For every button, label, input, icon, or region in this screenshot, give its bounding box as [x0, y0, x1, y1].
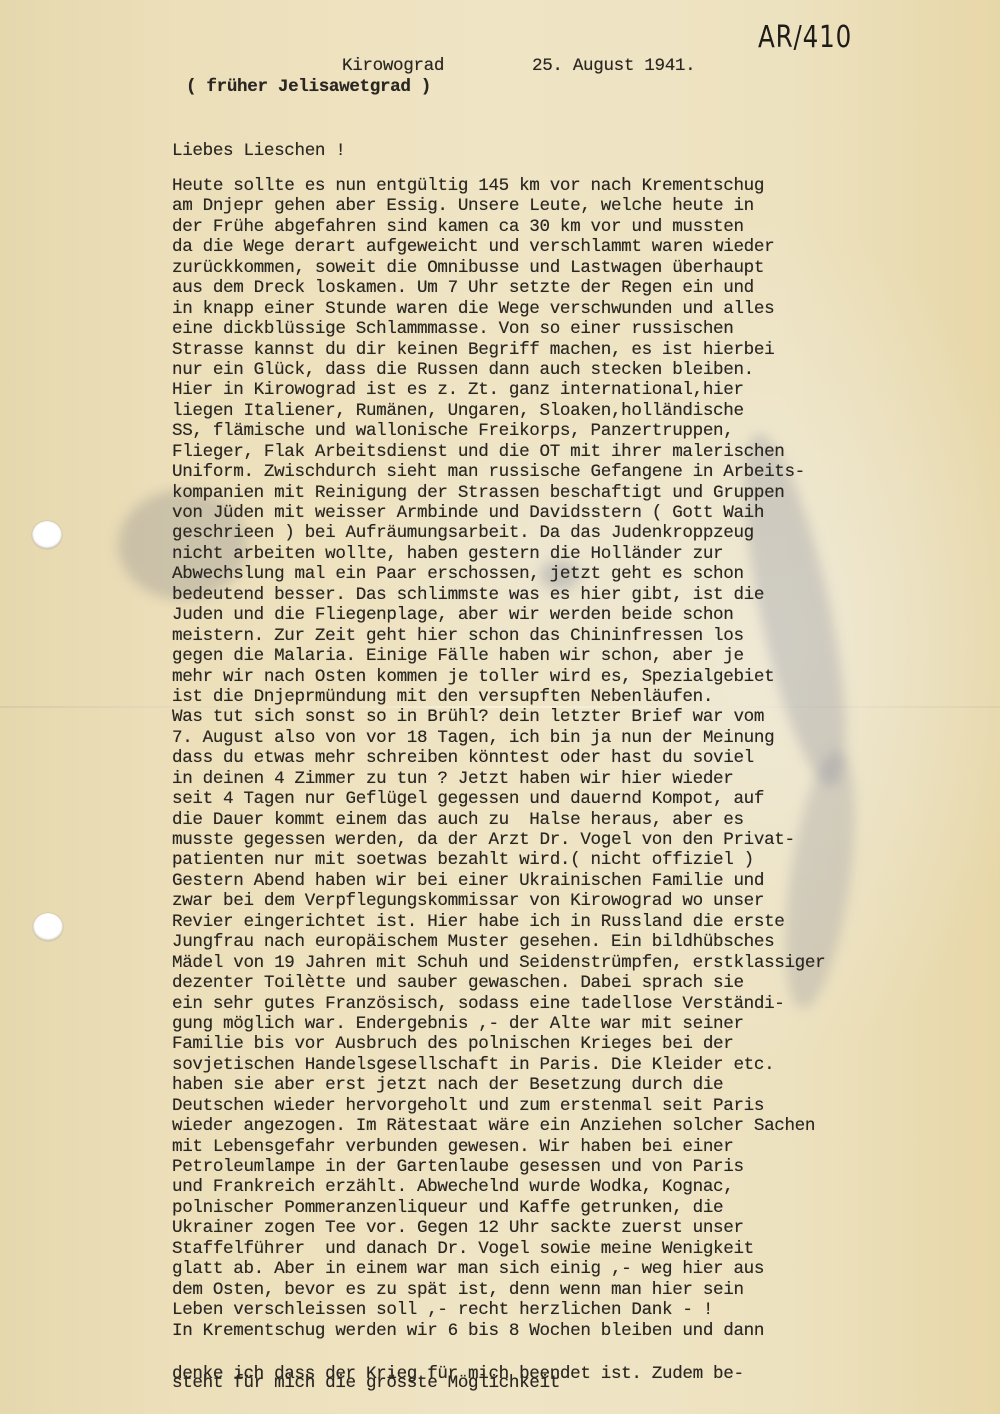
letter-body-line: Revier eingerichtet ist. Hier habe ich i… — [172, 912, 825, 932]
letter-body-line: da die Wege derart aufgeweicht und versc… — [172, 237, 825, 257]
letter-former-place-name: ( früher Jelisawetgrad ) — [186, 77, 431, 97]
letter-place: Kirowograd — [342, 56, 444, 76]
letter-body-line: zwar bei dem Verpflegungskommissar von K… — [172, 891, 825, 911]
letter-body-line: Hier in Kirowograd ist es z. Zt. ganz in… — [172, 380, 825, 400]
letter-body-line: in deinen 4 Zimmer zu tun ? Jetzt haben … — [172, 769, 825, 789]
letter-body-line: Mädel von 19 Jahren mit Schuh und Seiden… — [172, 953, 825, 973]
letter-body-line: Strasse kannst du dir keinen Begriff mac… — [172, 340, 825, 360]
letter-body-line: am Dnjepr gehen aber Essig. Unsere Leute… — [172, 196, 825, 216]
letter-body-line: dezenter Toilètte und sauber gewaschen. … — [172, 973, 825, 993]
letter-body-line: aus dem Dreck loskamen. Um 7 Uhr setzte … — [172, 278, 825, 298]
letter-body-line: und Frankreich erzählt. Abwechelnd wurde… — [172, 1177, 825, 1197]
letter-body-line: Ukrainer zogen Tee vor. Gegen 12 Uhr sac… — [172, 1218, 825, 1238]
letter-body-line: der Frühe abgefahren sind kamen ca 30 km… — [172, 217, 825, 237]
letter-body-line: sovjetischen Handelsgesellschaft in Pari… — [172, 1055, 825, 1075]
letter-body-line: ein sehr gutes Französisch, sodass eine … — [172, 994, 825, 1014]
letter-page: AR/410 Kirowograd 25. August 1941. ( frü… — [0, 0, 1000, 1414]
letter-body-line: in knapp einer Stunde waren die Wege ver… — [172, 299, 825, 319]
letter-body-line: zurückkommen, soweit die Omnibusse und L… — [172, 258, 825, 278]
archive-reference-mark: AR/410 — [758, 20, 852, 55]
letter-body-line: Was tut sich sonst so in Brühl? dein let… — [172, 707, 825, 727]
letter-body-line: Familie bis vor Ausbruch des polnischen … — [172, 1034, 825, 1054]
letter-body-line: Flieger, Flak Arbeitsdienst und die OT m… — [172, 442, 825, 462]
letter-body-line: polnischer Pommeranzenliqueur und Kaffe … — [172, 1198, 825, 1218]
letter-body-line: gung möglich war. Endergebnis ,- der Alt… — [172, 1014, 825, 1034]
letter-body-line: seit 4 Tagen nur Geflügel gegessen und d… — [172, 789, 825, 809]
letter-body-line: Petroleumlampe in der Gartenlaube gesess… — [172, 1157, 825, 1177]
letter-body-line: wieder angezogen. Im Rätestaat wäre ein … — [172, 1116, 825, 1136]
letter-body-line: Gestern Abend haben wir bei einer Ukrain… — [172, 871, 825, 891]
letter-date: 25. August 1941. — [532, 56, 695, 76]
letter-body-line: 7. August also von vor 18 Tagen, ich bin… — [172, 728, 825, 748]
letter-body-line: Deutschen wieder hervorgeholt und zum er… — [172, 1096, 825, 1116]
letter-body-line: dem Osten, bevor es zu spät ist, denn we… — [172, 1280, 825, 1300]
letter-body-line: mit Lebensgefahr verbunden gewesen. Wir … — [172, 1137, 825, 1157]
letter-body-line: geschrieen ) bei Aufräumungsarbeit. Da d… — [172, 523, 825, 543]
letter-body-line: ist die Dnjeprmündung mit den versupften… — [172, 687, 825, 707]
letter-body-line: Heute sollte es nun entgültig 145 km vor… — [172, 176, 825, 196]
letter-body-line: von Jüden mit weisser Armbinde und David… — [172, 503, 825, 523]
letter-body-line: Juden und die Fliegenplage, aber wir wer… — [172, 605, 825, 625]
letter-body-line: liegen Italiener, Rumänen, Ungaren, Sloa… — [172, 401, 825, 421]
letter-body-line: Jungfrau nach europäischem Muster gesehe… — [172, 932, 825, 952]
letter-body-line: haben sie aber erst jetzt nach der Beset… — [172, 1075, 825, 1095]
letter-body-line: Staffelführer und danach Dr. Vogel sowie… — [172, 1239, 825, 1259]
letter-body: Heute sollte es nun entgültig 145 km vor… — [172, 176, 825, 1341]
letter-body-line: eine dickblüssige Schlammmasse. Von so e… — [172, 319, 825, 339]
letter-body-line: Leben verschleissen soll ,- recht herzli… — [172, 1300, 825, 1320]
letter-body-line: die Dauer kommt einem das auch zu Halse … — [172, 810, 825, 830]
letter-body-line: SS, flämische und wallonische Freikorps,… — [172, 421, 825, 441]
letter-body-line: glatt ab. Aber in einem war man sich ein… — [172, 1259, 825, 1279]
letter-body-line: mehr wir nach Osten kommen je toller wir… — [172, 667, 825, 687]
letter-body-line: gegen die Malaria. Einige Fälle haben wi… — [172, 646, 825, 666]
letter-body-line: nur ein Glück, dass die Russen dann auch… — [172, 360, 825, 380]
punch-hole — [33, 913, 63, 941]
letter-salutation: Liebes Lieschen ! — [172, 141, 346, 161]
letter-body-line: meistern. Zur Zeit geht hier schon das C… — [172, 626, 825, 646]
letter-body-line: Abwechslung mal ein Paar erschossen, jet… — [172, 564, 825, 584]
punch-hole — [32, 521, 62, 549]
letter-overtyped-line: steht für mich die grösste Möglichkeit — [172, 1373, 560, 1393]
letter-body-line: nicht arbeiten wollte, haben gestern die… — [172, 544, 825, 564]
letter-body-line: bedeutend besser. Das schlimmste was es … — [172, 585, 825, 605]
letter-body-line: patienten nur mit soetwas bezahlt wird.(… — [172, 850, 825, 870]
letter-body-line: In Krementschug werden wir 6 bis 8 Woche… — [172, 1321, 825, 1341]
letter-body-line: Uniform. Zwischdurch sieht man russische… — [172, 462, 825, 482]
letter-body-line: kompanien mit Reinigung der Strassen bes… — [172, 483, 825, 503]
letter-body-line: dass du etwas mehr schreiben könntest od… — [172, 748, 825, 768]
letter-body-line: musste gegessen werden, da der Arzt Dr. … — [172, 830, 825, 850]
